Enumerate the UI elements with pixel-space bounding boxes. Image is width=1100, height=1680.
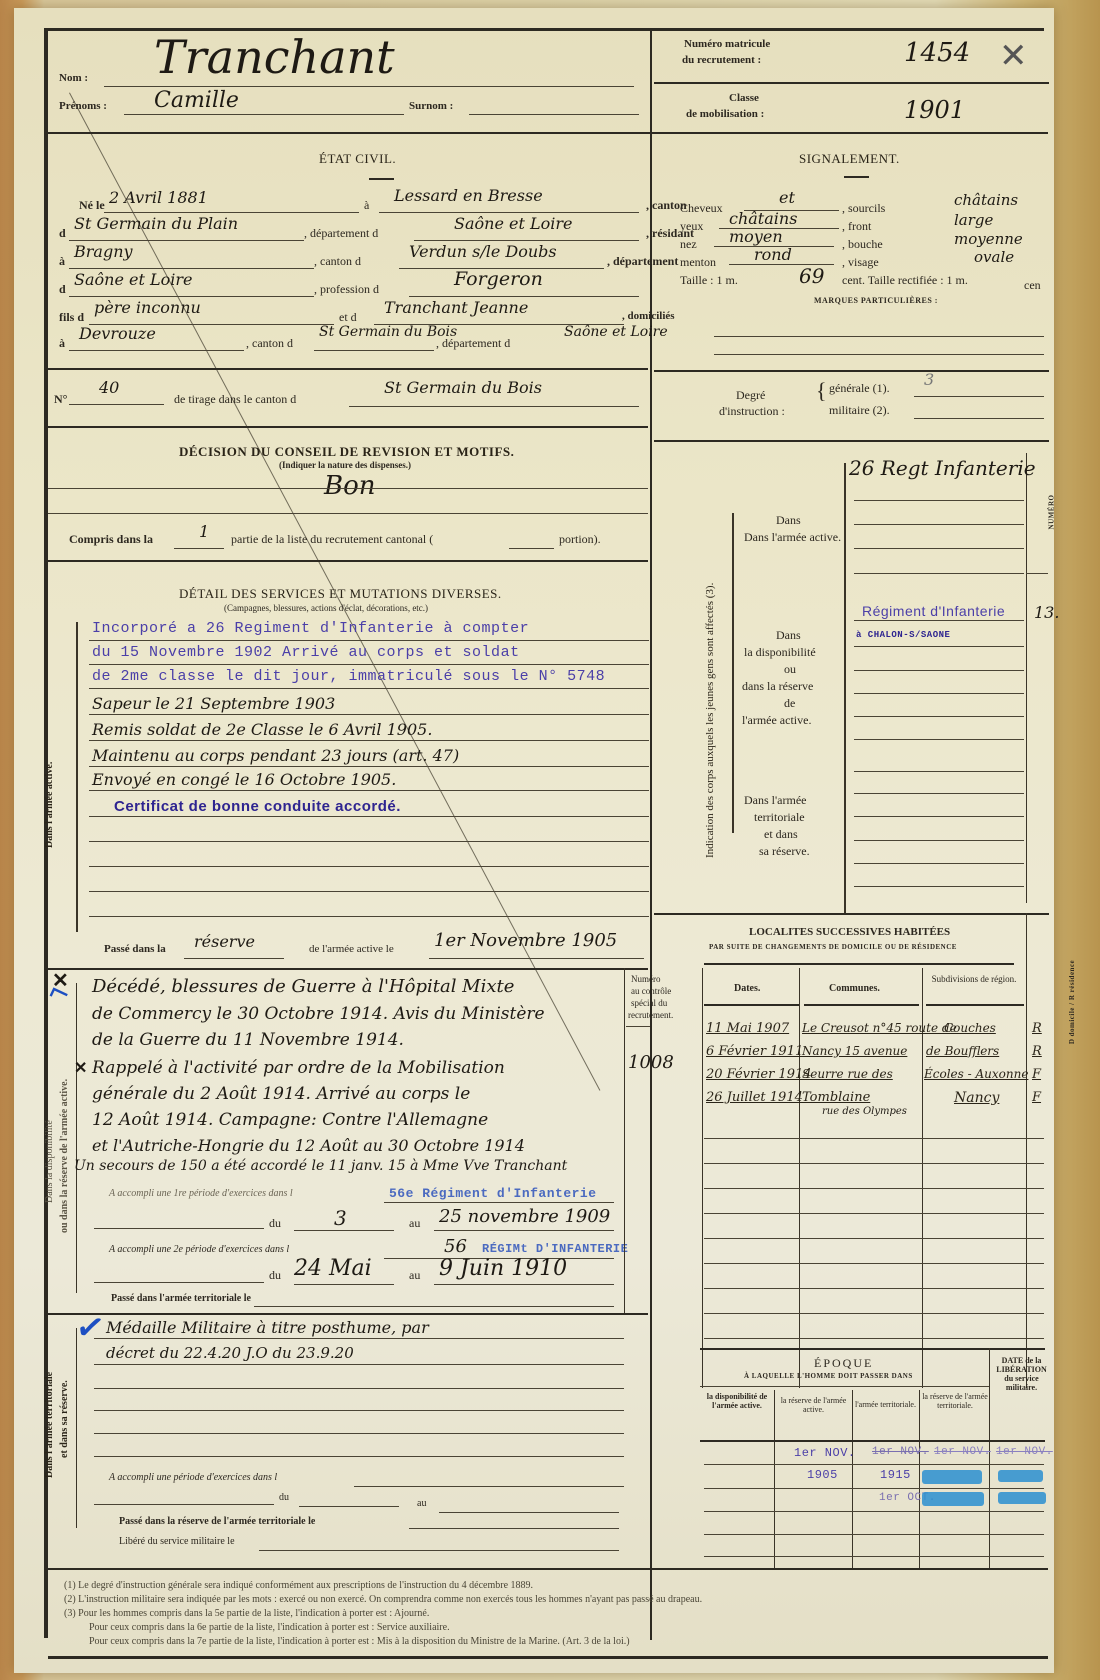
epoque-col-3: la réserve de l'armée territoriale. [922,1392,988,1410]
nom-value: Tranchant [154,30,395,84]
generale-value: 3 [924,370,934,389]
armee-active-label: Dans l'armée active. [744,530,841,545]
footnote-4: Pour ceux compris dans la 6e partie de l… [89,1622,450,1633]
affectation-vertical-label: Indication des corps auxquels les jeunes… [704,583,716,858]
localite-date: 26 Juillet 1914 [706,1090,803,1105]
reserve-territoriale-date-1: 1er NOV. [934,1446,991,1458]
nez-label: nez [680,237,697,252]
territoriale-au-label: au [417,1498,426,1509]
periode2-du-label: du [269,1268,281,1283]
portion-text: portion). [559,532,601,547]
territoriale-date-2: 1915 [880,1468,911,1482]
compris-label: Compris dans la [69,532,153,547]
side-label-territoriale-2: et dans sa réserve. [59,1380,70,1458]
brace: { [816,378,827,404]
decision-subtitle: (Indiquer la nature des dispenses.) [279,460,411,470]
x-mark-icon: ✕ [74,1058,87,1078]
yeux-value: châtains [729,209,797,228]
registration-record-page: Nom : Tranchant Prénoms : Camille Surnom… [14,8,1054,1673]
compris-text: partie de la liste du recrutement canton… [231,532,433,547]
matricule-value: 1454 [904,38,970,68]
reserve-line-0: Décédé, blessures de Guerre à l'Hôpital … [92,976,514,997]
taille-rectifiee-label: cent. Taille rectifiée : 1 m. [842,273,968,288]
localites-subtitle: PAR SUITE DE CHANGEMENTS DE DOMICILE OU … [709,943,957,951]
decision-value: Bon [324,471,376,501]
controle-label-0: Numéro [631,974,661,984]
reserve-line-5: 12 Août 1914. Campagne: Contre l'Allemag… [92,1110,488,1130]
visage-label: , visage [842,255,879,270]
degre-label-2: d'instruction : [719,404,785,419]
epoque-title: ÉPOQUE [814,1356,873,1371]
territoriale-label: Passé dans l'armée territoriale le [111,1293,251,1304]
periode2-stamp: RÉGIMt D'INFANTERIE [482,1242,628,1256]
reserve-line-3: Rappelé à l'activité par ordre de la Mob… [92,1058,505,1078]
a-label-3: à [59,336,65,351]
periode2-value: 56 [444,1236,467,1257]
periode1-au-label: au [409,1216,420,1231]
canton3-label: , canton d [246,336,293,351]
mere-value: Tranchant Jeanne [384,298,528,317]
yeux-label: yeux [680,219,703,234]
side-label-reserve-1: Dans la disponibilité [44,1120,55,1203]
pere-value: père inconnu [94,298,201,317]
localite-date: 6 Février 1911 [706,1044,803,1059]
dispo-line-1: la disponibilité [744,645,816,660]
reserve-line-1: de Commercy le 30 Octobre 1914. Avis du … [92,1004,545,1024]
periode1-label: A accompli une 1re période d'exercices d… [109,1188,293,1199]
reserve-line-2: de la Guerre du 11 Novembre 1914. [92,1030,404,1050]
canton-de-label: d [59,226,66,241]
territoriale-line-0: Médaille Militaire à titre posthume, par [106,1318,429,1337]
passe-reserve-territoriale-label: Passé dans la réserve de l'armée territo… [119,1516,315,1527]
periode2-label: A accompli une 2e période d'exercices da… [109,1244,289,1255]
canton-naissance: St Germain du Plain [74,214,238,233]
reserve-active-date-1: 1er NOV. [794,1446,856,1460]
footnote-3: (3) Pour les hommes compris dans la 5e p… [64,1608,429,1619]
service-line-2: de 2me classe le dit jour, immatriculé s… [92,668,605,685]
certificat-bonne-conduite: Certificat de bonne conduite accordé. [114,798,401,815]
x-mark-icon: ✕ [999,36,1028,76]
service-line-6: Envoyé en congé le 16 Octobre 1905. [92,770,396,789]
footnote-5: Pour ceux compris dans la 7e partie de l… [89,1636,630,1647]
liberation-date-1: 1er NOV. [996,1446,1053,1458]
localite-commune: Seurre rue des [802,1067,893,1081]
a-label: à [364,198,369,213]
departement-residence: Saône et Loire [74,270,192,289]
militaire-label: militaire (2). [829,403,890,418]
cent-suffix: cen [1024,278,1041,293]
armee-active-label-1: Dans [776,513,801,528]
decision-title: DÉCISION DU CONSEIL DE REVISION ET MOTIF… [179,444,514,460]
blue-pencil-mark [922,1492,984,1506]
blue-pencil-mark [998,1492,1046,1504]
blue-pencil-mark [922,1470,982,1484]
service-line-1: du 15 Novembre 1902 Arrivé au corps et s… [92,644,520,661]
armee-active-value: 26 Regt Infanterie [849,456,1036,480]
controle-label-3: recrutement. [628,1010,673,1020]
periode1-du-label: du [269,1216,281,1231]
passe-date: 1er Novembre 1905 [434,930,617,951]
lieu-naissance: Lessard en Bresse [394,186,543,205]
liberation-label: DATE de la LIBÉRATION du service militai… [994,1356,1049,1392]
front-value: large [954,211,993,229]
menton-label: menton [680,255,716,270]
matricule-label-2: du recrutement : [682,54,761,66]
epoque-col-2: l'armée territoriale. [854,1400,917,1409]
fils-label: fils d [59,310,84,325]
localite-commune: Tomblaine [802,1090,870,1105]
periode1-au: 25 novembre 1909 [439,1206,610,1227]
territoriale-periode-label: A accompli une période d'exercices dans … [109,1472,277,1483]
prenoms-value: Camille [154,88,239,113]
classe-label-1: Classe [729,92,759,104]
epoque-subtitle: À LAQUELLE L'HOMME DOIT PASSER DANS [744,1372,913,1380]
territoriale-date-1: 1er NOV. [872,1446,929,1458]
territoriale-du-label: du [279,1492,289,1503]
localite-subdivision: de Boufflers [926,1044,999,1058]
service-line-3: Sapeur le 21 Septembre 1903 [92,694,335,713]
sourcils-label: , sourcils [842,201,885,216]
menton-value: rond [754,245,792,264]
classe-label-2: de mobilisation : [686,108,764,120]
cheveux-value: et [779,188,795,207]
surnom-label: Surnom : [409,100,453,112]
service-line-4: Remis soldat de 2e Classe le 6 Avril 190… [92,720,432,739]
periode2-au: 9 Juin 1910 [439,1256,567,1281]
terr-line-2: et dans [764,827,798,842]
controle-label-2: spécial du [631,998,667,1008]
reserve-line-4: générale du 2 Août 1914. Arrivé au corps… [92,1084,470,1104]
col-communes: Communes. [829,983,880,994]
armee-active-le-label: de l'armée active le [309,943,394,955]
matricule-label-1: Numéro matricule [684,38,770,50]
epoque-col-0: la disponibilité de l'armée active. [702,1392,772,1410]
d-label: d [59,282,66,297]
reserve-active-date-2: 1905 [807,1468,838,1482]
col-subdivisions: Subdivisions de région. [929,974,1019,984]
taille-label: Taille : 1 m. [680,273,738,288]
reserve-line-7: Un secours de 150 a été accordé le 11 ja… [74,1158,567,1174]
degre-label-1: Degré [736,388,765,403]
bouche-value: moyenne [954,230,1023,248]
ne-date: 2 Avril 1881 [109,188,208,207]
disponibilite-numero: 13. [1034,603,1059,622]
localite-date: 11 Mai 1907 [706,1021,789,1036]
localite-subdivision: Écoles - Auxonne [924,1067,1028,1081]
side-label-reserve-2: ou dans la réserve de l'armée active. [59,1079,70,1233]
passe-value: réserve [194,932,255,951]
dispo-line-2: ou [784,662,796,677]
nez-value: moyen [729,227,783,246]
services-subtitle: (Campagnes, blessures, actions d'éclat, … [224,603,428,613]
localite-type: R [1032,1044,1042,1059]
services-title: DÉTAIL DES SERVICES ET MUTATIONS DIVERSE… [179,586,502,602]
localites-title: LOCALITES SUCCESSIVES HABITÉES [749,926,950,938]
territoriale-line-1: décret du 22.4.20 J.O du 23.9.20 [106,1344,354,1362]
col-domicile-residence: D domicile / R résidence [1068,960,1076,1044]
bouche-label: , bouche [842,237,883,252]
col-dates: Dates. [734,983,760,994]
reserve-line-6: et l'Autriche-Hongrie du 12 Août au 30 O… [92,1136,525,1155]
departement3-label: , département d [436,336,510,351]
disponibilite-stamp-1: Régiment d'Infanterie [862,603,1005,619]
canton2-label: , canton d [314,254,361,269]
prenoms-label: Prénoms : [59,100,107,112]
periode1-stamp: 56e Régiment d'Infanterie [389,1186,597,1201]
dispo-line-0: Dans [776,628,801,643]
periode2-du: 24 Mai [294,1256,372,1281]
localite-commune: Le Creusot n°45 route de [802,1021,957,1035]
footnote-2: (2) L'instruction militaire sera indiqué… [64,1594,702,1605]
et-label: et d [339,310,357,325]
periode1-du: 3 [334,1206,347,1230]
sourcils-value: châtains [954,191,1018,209]
side-label-territoriale-1: Dans l'armée territoriale [44,1372,55,1478]
libere-label: Libéré du service militaire le [119,1536,235,1547]
ne-label: Né le [79,198,105,213]
front-label: , front [842,219,871,234]
tirage-label: de tirage dans le canton d [174,392,296,407]
form-frame [44,28,1044,1638]
residence: Bragny [74,242,133,261]
localite-date: 20 Février 1914 [706,1067,812,1082]
terr-line-3: sa réserve. [759,844,810,859]
tirage-canton: St Germain du Bois [384,378,542,397]
profession-label: , profession d [314,282,379,297]
signalement-title: SIGNALEMENT. [799,151,900,167]
tirage-no: 40 [99,378,119,397]
epoque-col-1: la réserve de l'armée active. [777,1396,850,1414]
a-label-2: à [59,254,65,269]
terr-line-0: Dans l'armée [744,793,806,808]
canton-residence: Verdun s/le Doubs [409,242,557,261]
classe-value: 1901 [904,96,965,124]
departement-label: , département d [304,226,378,241]
departement2-label: , département [607,254,678,269]
dispo-line-3: dans la réserve [742,679,813,694]
generale-label: générale (1). [829,381,890,396]
passe-label: Passé dans la [104,943,166,955]
domicile-parents: Devrouze [79,324,156,343]
dispo-line-5: l'armée active. [742,713,811,728]
etat-civil-title: ÉTAT CIVIL. [319,151,396,167]
numero-label: NUMÉRO [1047,495,1055,530]
service-line-0: Incorporé a 26 Regiment d'Infanterie à c… [92,620,529,637]
localite-subdivision: Nancy [954,1090,999,1106]
footnote-1: (1) Le degré d'instruction générale sera… [64,1580,533,1591]
dispo-line-4: de [784,696,795,711]
visage-value: ovale [974,248,1014,266]
localite-commune-note: rue des Olympes [822,1106,907,1117]
side-label-armee-active: Dans l'armée active. [44,762,55,848]
localite-type: F [1032,1090,1041,1105]
localite-commune: Nancy 15 avenue [802,1044,907,1058]
tirage-no-label: N° [54,392,67,407]
marques-label: MARQUES PARTICULIÈRES : [814,296,938,305]
localite-type: F [1032,1067,1041,1082]
disponibilite-stamp-2: à CHALON-S/SAONE [856,630,950,640]
taille-cm: 69 [799,264,824,288]
departement-parents: Saône et Loire [564,324,668,340]
localite-type: R [1032,1021,1042,1036]
cheveux-label: Cheveux [680,201,723,216]
profession-value: Forgeron [454,268,543,290]
service-line-5: Maintenu au corps pendant 23 jours (art.… [92,746,459,765]
blue-pencil-mark [998,1470,1043,1482]
departement-naissance: Saône et Loire [454,214,572,233]
domicilies-label: , domiciliés [622,310,675,322]
controle-label-1: au contrôle [631,986,671,996]
terr-line-1: territoriale [754,810,805,825]
localite-subdivision: Couches [944,1021,996,1035]
periode2-au-label: au [409,1268,420,1283]
compris-partie: 1 [199,522,209,541]
controle-value: 1008 [628,1052,674,1073]
nom-label: Nom : [59,72,88,84]
